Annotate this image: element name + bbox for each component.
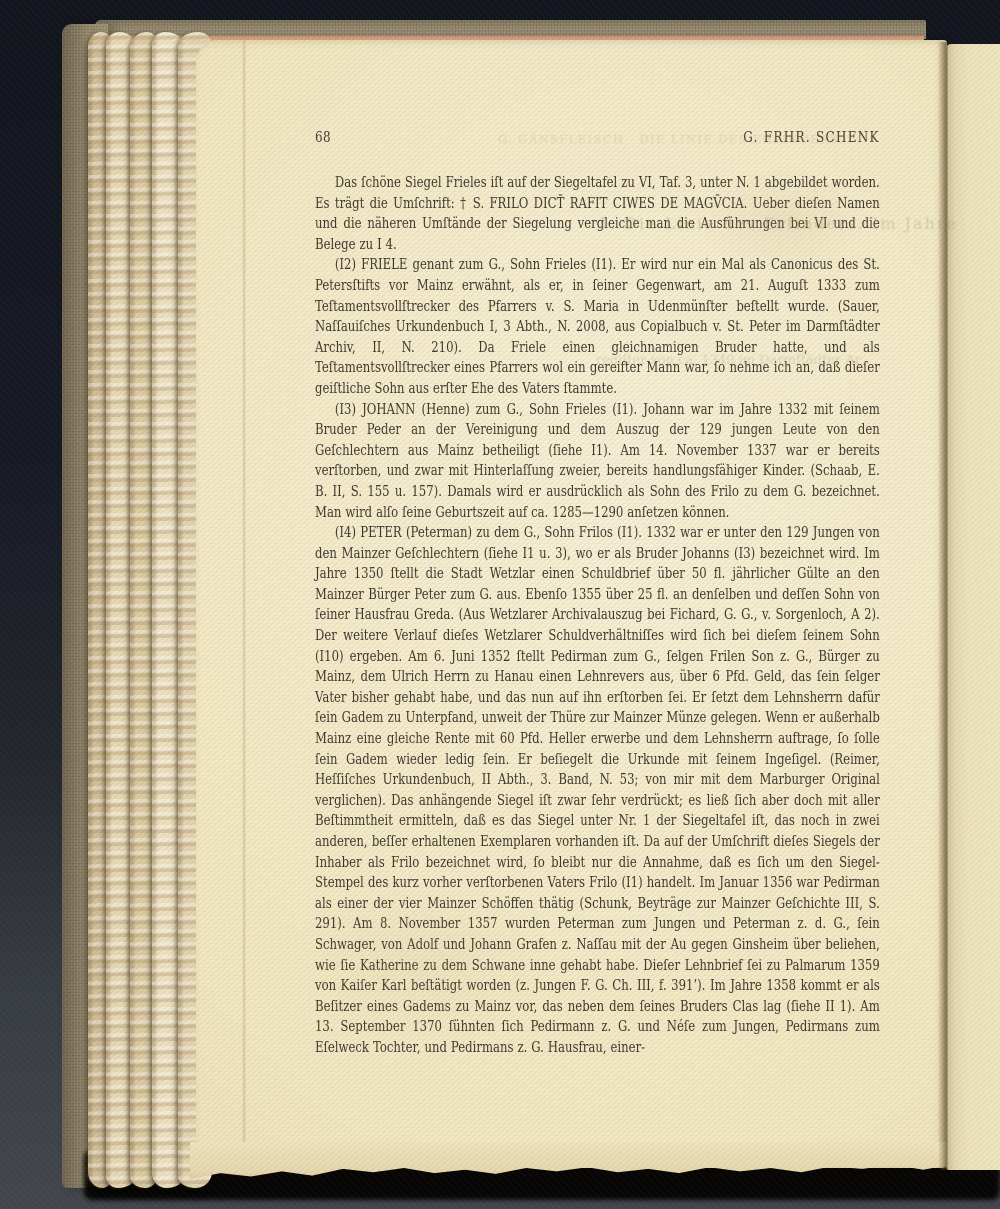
book-photograph: 68 G. FRHR. SCHENK Das ſchöne Siegel Fri… bbox=[0, 0, 1000, 1209]
running-head: G. FRHR. SCHENK bbox=[743, 128, 880, 146]
page-header: 68 G. FRHR. SCHENK bbox=[315, 128, 880, 146]
paragraph: Das ſchöne Siegel Frieles iſt auf der Si… bbox=[315, 173, 880, 255]
book-page: 68 G. FRHR. SCHENK Das ſchöne Siegel Fri… bbox=[196, 40, 947, 1168]
facing-page-edge bbox=[946, 44, 1000, 1170]
paragraph: (I3) JOHANN (Henne) zum G., Sohn Frieles… bbox=[315, 400, 880, 524]
gutter-shadow bbox=[938, 42, 948, 1170]
paragraph: (I4) PETER (Peterman) zu dem G., Sohn Fr… bbox=[315, 523, 880, 1058]
text-column: 68 G. FRHR. SCHENK Das ſchöne Siegel Fri… bbox=[315, 128, 880, 1059]
paragraph: (I2) FRIELE genant zum G., Sohn Frieles … bbox=[315, 255, 880, 399]
body-text: Das ſchöne Siegel Frieles iſt auf der Si… bbox=[315, 173, 880, 1059]
page-number: 68 bbox=[315, 128, 331, 146]
